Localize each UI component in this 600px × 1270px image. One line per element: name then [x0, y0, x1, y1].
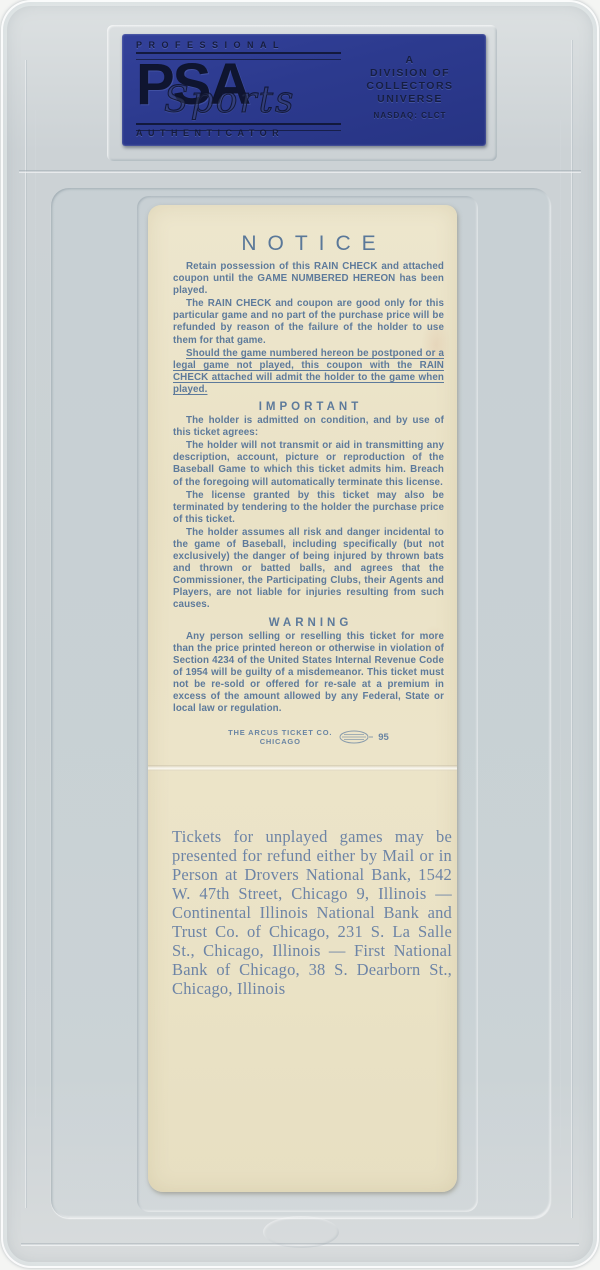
- notice-para-1: Retain possession of this RAIN CHECK and…: [173, 261, 444, 297]
- printer-imprint: THE ARCUS TICKET CO. CHICAGO 95: [173, 728, 444, 746]
- important-para-4: The holder assumes all risk and danger i…: [173, 527, 444, 612]
- union-bug-icon: [339, 730, 375, 744]
- collectors-universe-block: A DIVISION OF COLLECTORS UNIVERSE NASDAQ…: [350, 54, 470, 120]
- psa-slab: PROFESSIONAL PSA Sports AUTHENTICATOR A …: [1, 0, 599, 1268]
- important-heading: IMPORTANT: [173, 401, 444, 413]
- slab-edge-ridge: [571, 40, 573, 1218]
- psa-logo-block: PROFESSIONAL PSA Sports AUTHENTICATOR: [136, 40, 356, 140]
- notice-para-2: The RAIN CHECK and coupon are good only …: [173, 298, 444, 346]
- notice-heading: NOTICE: [173, 232, 444, 256]
- slab-seam: [19, 170, 581, 173]
- printer-name-city: THE ARCUS TICKET CO. CHICAGO: [228, 728, 332, 746]
- union-label: 95: [339, 730, 389, 744]
- ticket-back: NOTICE Retain possession of this RAIN CH…: [148, 205, 457, 1192]
- printer-name: THE ARCUS TICKET CO.: [228, 728, 332, 737]
- photo-background: PROFESSIONAL PSA Sports AUTHENTICATOR A …: [0, 0, 600, 1270]
- union-number: 95: [378, 732, 389, 743]
- refund-text: Tickets for unplayed games may be presen…: [172, 827, 452, 998]
- slab-edge-ridge: [35, 110, 36, 1118]
- important-para-1: The holder is admitted on condition, and…: [173, 415, 444, 439]
- label-division-line4: UNIVERSE: [350, 93, 470, 106]
- slab-edge-ridge: [560, 120, 561, 1148]
- psa-certification-label: PROFESSIONAL PSA Sports AUTHENTICATOR A …: [122, 34, 486, 146]
- notice-para-3-underlined: Should the game numbered hereon be postp…: [173, 348, 444, 396]
- rain-check-legal-text: NOTICE Retain possession of this RAIN CH…: [148, 205, 457, 746]
- important-para-2: The holder will not transmit or aid in t…: [173, 440, 444, 488]
- warning-heading: WARNING: [173, 617, 444, 629]
- psa-sports-script: Sports: [164, 80, 296, 121]
- psa-emboss-mark: [263, 1216, 339, 1248]
- nasdaq-ticker-text: NASDAQ: CLCT: [350, 111, 470, 120]
- psa-professional-text: PROFESSIONAL: [136, 40, 356, 50]
- label-division-line2: DIVISION OF: [350, 67, 470, 80]
- psa-authenticator-text: AUTHENTICATOR: [136, 128, 284, 138]
- fold-crease: [148, 765, 457, 771]
- warning-para-1: Any person selling or reselling this tic…: [173, 631, 444, 716]
- printer-city: CHICAGO: [228, 737, 332, 746]
- label-division-line1: A: [350, 54, 470, 67]
- slab-edge-ridge: [25, 60, 27, 1208]
- important-para-3: The license granted by this ticket may a…: [173, 490, 444, 526]
- label-division-line3: COLLECTORS: [350, 80, 470, 93]
